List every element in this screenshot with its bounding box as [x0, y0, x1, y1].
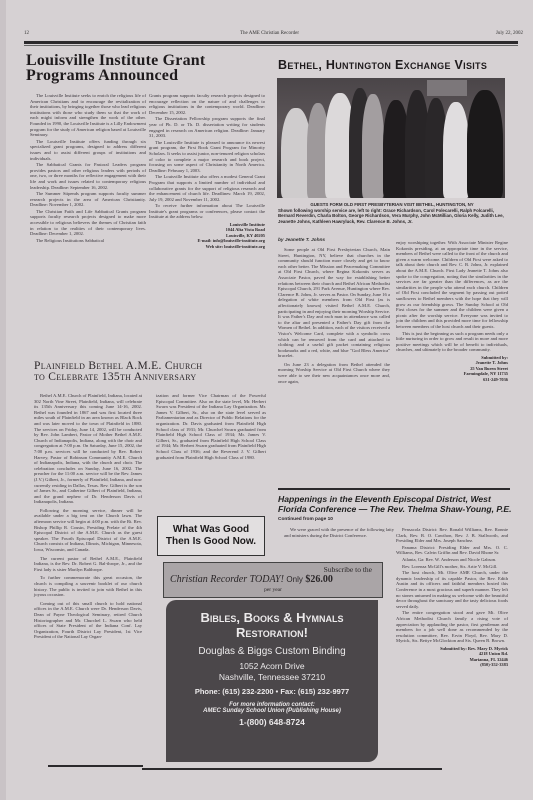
ad-street: 1052 Acorn Drive: [166, 661, 378, 672]
paragraph: Some people at Old First Presbyterian Ch…: [278, 247, 390, 359]
paragraph: The Louisville Institute also offers a m…: [149, 174, 265, 202]
ad-city: Nashville, Tennessee 37210: [166, 672, 378, 683]
continued-note: Continued from page 10: [278, 517, 333, 522]
person: [362, 94, 384, 198]
ad-title-2: Restoration!: [166, 625, 378, 640]
paragraph: To further commemorate this great occasi…: [34, 575, 142, 597]
group-photo: [277, 78, 505, 198]
paragraph: The Religious Institutions Sabbatical: [30, 238, 146, 244]
paragraph: enjoy worshiping together. With Associat…: [396, 240, 508, 330]
bethel-column-1: Some people at Old First Presbyterian Ch…: [278, 247, 390, 385]
masthead-rule-thin: [24, 45, 518, 46]
paragraph: Rev. Lorenza McGill's mother, Sis. Artie…: [396, 564, 508, 570]
paragraph: Following the morning service, dinner wi…: [34, 508, 142, 553]
ad-line-2: Then Is Good Now.: [166, 536, 256, 548]
subscribe-ad[interactable]: Subscribe to the Christian Recorder TODA…: [163, 562, 383, 598]
paragraph: The Louisville Institute seeks to enrich…: [30, 93, 146, 138]
louisville-column-1: The Louisville Institute seeks to enrich…: [30, 93, 146, 244]
contact-website-link[interactable]: Web site: louisville-institute.org: [149, 244, 265, 249]
plainfield-column-2: ization and former Vice Chairman of the …: [156, 393, 266, 461]
paragraph: The entire congregation stood and gave M…: [396, 610, 508, 644]
ad-tollfree: 1-(800) 648-8724: [166, 717, 378, 727]
paragraph: The Sabbatical Grants for Pastoral Leade…: [30, 162, 146, 190]
person: [467, 90, 503, 198]
happenings-submitted: Submitted by: Rev. Mary D. Myrick 4218 U…: [396, 646, 508, 668]
bethel-column-2: enjoy worshiping together. With Associat…: [396, 240, 508, 382]
bibles-books-hymnals-ad: Bibles, Books & Hymnals Restoration! Dou…: [166, 600, 378, 762]
plainfield-headline-line-2: to Celebrate 135th Anniversary: [34, 372, 274, 383]
paragraph: ization and former Vice Chairman of the …: [156, 393, 266, 460]
ad-title-1: Bibles, Books & Hymnals: [166, 610, 378, 625]
subscribe-per-year: per year: [164, 587, 382, 593]
ad-phone: Phone: (615) 232-2200 • Fax: (615) 232-9…: [166, 687, 378, 696]
paragraph: To receive further information about The…: [149, 203, 265, 220]
submitted-phone: 631-249-7036: [396, 377, 508, 382]
subscribe-price: $26.00: [305, 574, 333, 585]
paragraph: On June 23 a delegation from Bethel atte…: [278, 362, 390, 384]
paragraph: We were graced with the presence of the …: [284, 527, 394, 538]
paragraph: This is just the beginning as such a pro…: [396, 331, 508, 353]
paragraph: Bethel A.M.E. Church of Plainfield, Indi…: [34, 393, 142, 505]
article-end-rule: [48, 765, 143, 767]
subscribe-line-1: Subscribe to the: [324, 565, 372, 574]
subscribe-only: Only: [286, 575, 302, 584]
bottom-rule: [142, 768, 442, 770]
what-was-good-ad: What Was Good Then Is Good Now.: [157, 516, 265, 556]
plainfield-headline: Plainfield Bethel A.M.E. Church to Celeb…: [34, 361, 274, 383]
paragraph: The Summer Stipends program supports fac…: [30, 191, 146, 208]
paragraph: The host church, Mt. Olive AME Church, u…: [396, 570, 508, 609]
ad-info-2: AMEC Sunday School Union (Publishing Hou…: [166, 708, 378, 714]
person: [443, 102, 469, 198]
byline: by Jeanette T. Johns: [278, 238, 325, 243]
paragraph: The Christian Faith and Life Sabbatical …: [30, 209, 146, 237]
paragraph: Panama District: Presiding Elder and Mrs…: [396, 545, 508, 556]
bethel-headline: Bethel, Huntington Exchange Visits: [278, 58, 523, 72]
paragraph: Atlanta, Ga: Rev. W. Anderson and Nicole…: [396, 557, 508, 563]
ad-line-1: What Was Good: [173, 524, 249, 536]
masthead-rule: [24, 41, 518, 44]
paragraph: Grants program supports faculty research…: [149, 93, 265, 115]
photo-caption-title: GUESTS FORM OLD FIRST PRESBYTERIAN VISIT…: [278, 202, 506, 207]
louisville-contact: Louisville Institute 1044 Alta Vista Roa…: [149, 222, 265, 249]
section-rule: [278, 488, 510, 490]
paragraph: The current pastor of Bethel A.M.E., Pla…: [34, 556, 142, 573]
photo-caption-body: Shown following worship service are, lef…: [278, 208, 506, 224]
subscribe-line-2: Christian Recorder TODAY! Only $26.00: [170, 574, 333, 585]
publication-name: The AME Christian Recorder: [6, 31, 533, 36]
paragraph: The Louisville Institute offers funding …: [30, 139, 146, 161]
submitted-phone: (850)-352-3383: [396, 662, 508, 667]
happenings-column-1: We were graced with the presence of the …: [284, 527, 394, 539]
paragraph: Coming out of this small church to hold …: [34, 601, 142, 640]
subscribe-title: Christian Recorder TODAY!: [170, 574, 284, 585]
happenings-headline: Happenings in the Eleventh Episcopal Dis…: [278, 494, 518, 514]
plainfield-column-1: Bethel A.M.E. Church of Plainfield, Indi…: [34, 393, 142, 641]
issue-date: July 22, 2002: [496, 31, 523, 36]
ad-company: Douglas & Biggs Custom Binding: [166, 646, 378, 658]
newspaper-page: 12 The AME Christian Recorder July 22, 2…: [6, 0, 533, 800]
paragraph: The Louisville Institute is pleased to a…: [149, 140, 265, 174]
stained-glass-window: [427, 80, 467, 96]
bethel-submitted: Submitted by: Jeanette T. Johns 25 Van B…: [396, 355, 508, 382]
louisville-column-2: Grants program supports faculty research…: [149, 93, 265, 249]
paragraph: Pensacola District: Rev. Ronald Williams…: [396, 527, 508, 544]
happenings-column-2: Pensacola District: Rev. Ronald Williams…: [396, 527, 508, 668]
paragraph: The Dissertation Fellowship program supp…: [149, 116, 265, 138]
louisville-headline: Louisville Institute Grant Programs Anno…: [26, 53, 271, 83]
